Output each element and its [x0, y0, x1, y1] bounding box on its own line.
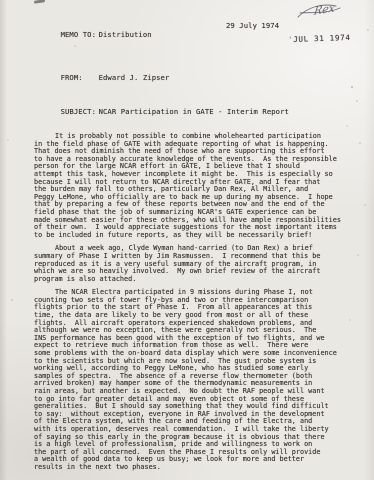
paragraph-3: The NCAR Electra participated in 9 missi…	[34, 289, 358, 471]
memo-header: MEMO TO:Distribution 29 July 1974 FROM:E…	[34, 21, 358, 125]
subject-row: SUBJECT:NCAR Participation in GATE - Int…	[34, 98, 358, 125]
memo-to-label: MEMO TO:	[61, 30, 99, 39]
memo-page: Rex JUL 31 1974 MEMO TO:Distribution 29 …	[0, 0, 374, 480]
memo-date: 29 July 1974	[226, 21, 279, 30]
paragraph-1: It is probably not possible to combine w…	[34, 133, 358, 239]
scan-edge-mark	[34, 0, 45, 4]
paragraph-2: About a week ago, Clyde Wyman hand-carri…	[34, 245, 358, 283]
from-row: FROM:Edward J. Zipser	[34, 64, 358, 91]
from-label: FROM:	[61, 73, 99, 82]
subject-label: SUBJECT:	[61, 107, 99, 116]
memo-to-row: MEMO TO:Distribution 29 July 1974	[34, 21, 358, 57]
memo-body: It is probably not possible to combine w…	[34, 133, 358, 472]
memo-to-value: Distribution	[99, 30, 152, 39]
subject-value: NCAR Participation in GATE - Interim Rep…	[99, 107, 289, 116]
from-value: Edward J. Zipser	[99, 73, 170, 82]
